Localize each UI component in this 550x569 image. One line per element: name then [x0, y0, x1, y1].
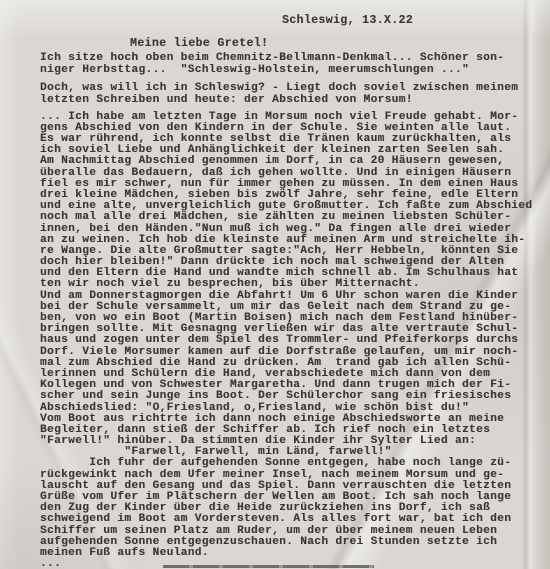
typed-line: Doch, was will ich in Schleswig? - Liegt…: [40, 82, 545, 94]
typed-line: meinen Fuß aufs Neuland.: [40, 548, 545, 559]
typed-line: innen, bei den Händen."Nun muß ich weg."…: [40, 224, 545, 235]
typed-line: Am Nachmittag Abschied genommen im Dorf,…: [40, 156, 545, 167]
typed-line: scher und sein Junge ins Boot. Der Schül…: [40, 391, 545, 402]
cropped-attachment-edge: [163, 565, 374, 568]
letter-scan-page: Schleswig, 13.X.22 Meine liebe Gretel! I…: [0, 0, 550, 569]
typed-line: letzten Schreiben und heute: der Abschie…: [40, 94, 545, 106]
salutation: Meine liebe Gretel!: [130, 37, 268, 50]
typed-line: schweigend im Boot am Vordersteven. Als …: [40, 514, 545, 525]
paragraph: Ich sitze hoch oben beim Chemnitz-Bellma…: [40, 52, 545, 77]
paragraph: ... Ich habe am letzten Tage in Morsum n…: [40, 112, 545, 569]
typed-line: haus und zogen unter dem Spiel des Tromm…: [40, 335, 545, 346]
dateline: Schleswig, 13.X.22: [282, 14, 413, 27]
letter-body: Ich sitze hoch oben beim Chemnitz-Bellma…: [40, 52, 545, 569]
typed-line: Ich sitze hoch oben beim Chemnitz-Bellma…: [40, 52, 545, 64]
paragraph: Doch, was will ich in Schleswig? - Liegt…: [40, 82, 545, 107]
typed-line: noch mal alle drei Mädchen, sie zählten …: [40, 212, 545, 223]
typed-line: Abschiedslied: "O,Friesland, o,Friesland…: [40, 403, 545, 414]
typed-line: ten wir noch viel zu besprechen, bis übe…: [40, 279, 545, 290]
typed-line: niger Herbsttag... "Schleswig-Holstein, …: [40, 64, 545, 76]
typed-line: Ich fuhr der aufgehenden Sonne entgegen,…: [40, 458, 545, 469]
